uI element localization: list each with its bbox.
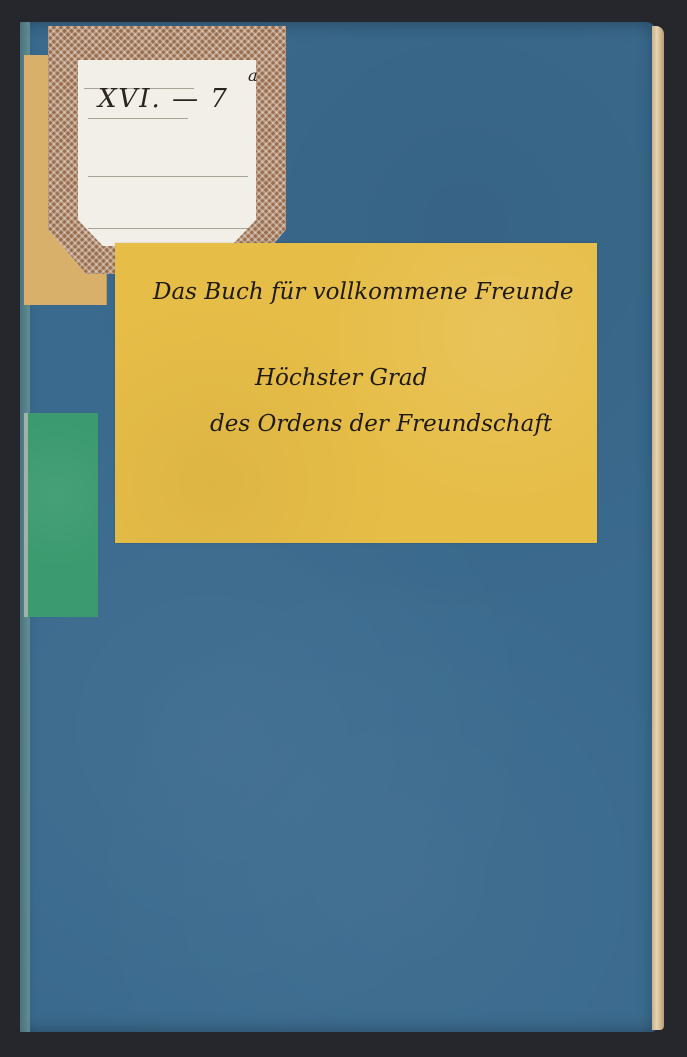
label-rule (88, 176, 248, 177)
green-tab (24, 413, 98, 617)
label-rule (88, 118, 188, 119)
page-edges (652, 26, 664, 1030)
title-line-3: des Ordens der Freundschaft (210, 411, 552, 437)
title-line-2: Höchster Grad (255, 365, 427, 391)
label-rule (88, 228, 248, 229)
title-line-1: Das Buch für vollkommene Freunde (153, 279, 573, 305)
title-slip: Das Buch für vollkommene Freunde Höchste… (115, 243, 597, 543)
shelfmark: XVI. — 7 (98, 84, 229, 114)
shelfmark-superscript: a (248, 66, 258, 85)
shelf-label: XVI. — 7 a (48, 26, 286, 274)
